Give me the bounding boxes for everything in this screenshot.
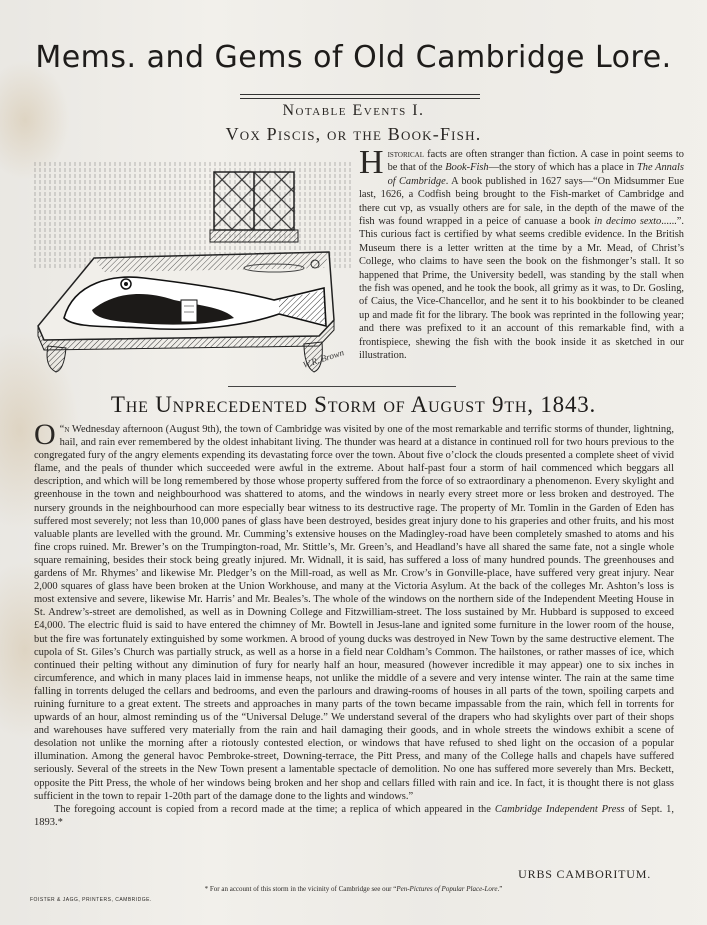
leaded-window	[210, 172, 298, 242]
footnote-text: * For an account of this storm in the vi…	[205, 885, 397, 893]
storm-article: “On Wednesday afternoon (August 9th), th…	[34, 423, 674, 829]
book-in-fish	[181, 300, 197, 322]
italic-book-fish: Book-Fish	[445, 162, 488, 173]
book-fish-illustration: W.R. Brown	[34, 150, 352, 375]
italic-decimo-sexto: in decimo sexto	[594, 216, 661, 227]
afterword-text: The foregoing account is copied from a r…	[54, 804, 495, 815]
footnote-italic: Pen-Pictures of Popular Place-Lore	[396, 885, 497, 893]
drop-cap: O	[34, 423, 56, 447]
double-rule-divider	[240, 94, 480, 99]
document-page: Mems. and Gems of Old Cambridge Lore. No…	[0, 0, 707, 925]
lead-in: istorical	[388, 149, 424, 160]
article-title: Vox Piscis, or the Book-Fish.	[0, 124, 707, 145]
footnote-text: .”	[497, 885, 502, 893]
section-heading: Notable Events I.	[0, 102, 707, 120]
storm-article-title: The Unprecedented Storm of August 9th, 1…	[0, 392, 707, 418]
book-fish-article: Historical facts are often stranger than…	[359, 148, 684, 363]
masthead-title: Mems. and Gems of Old Cambridge Lore.	[0, 40, 707, 75]
footnote: * For an account of this storm in the vi…	[0, 885, 707, 893]
body-text: —the story of which has a place in	[489, 162, 637, 173]
printer-imprint: FOISTER & JAGG, PRINTERS, CAMBRIDGE.	[30, 897, 152, 903]
body-text: Wednesday afternoon (August 9th), the to…	[34, 424, 674, 802]
drop-cap: H	[359, 149, 384, 177]
section-divider	[228, 386, 456, 387]
body-text: ......”. This curious fact is certified …	[359, 216, 684, 361]
italic-newspaper: Cambridge Independent Press	[495, 804, 625, 815]
author-signature: URBS CAMBORITUM.	[518, 867, 651, 882]
